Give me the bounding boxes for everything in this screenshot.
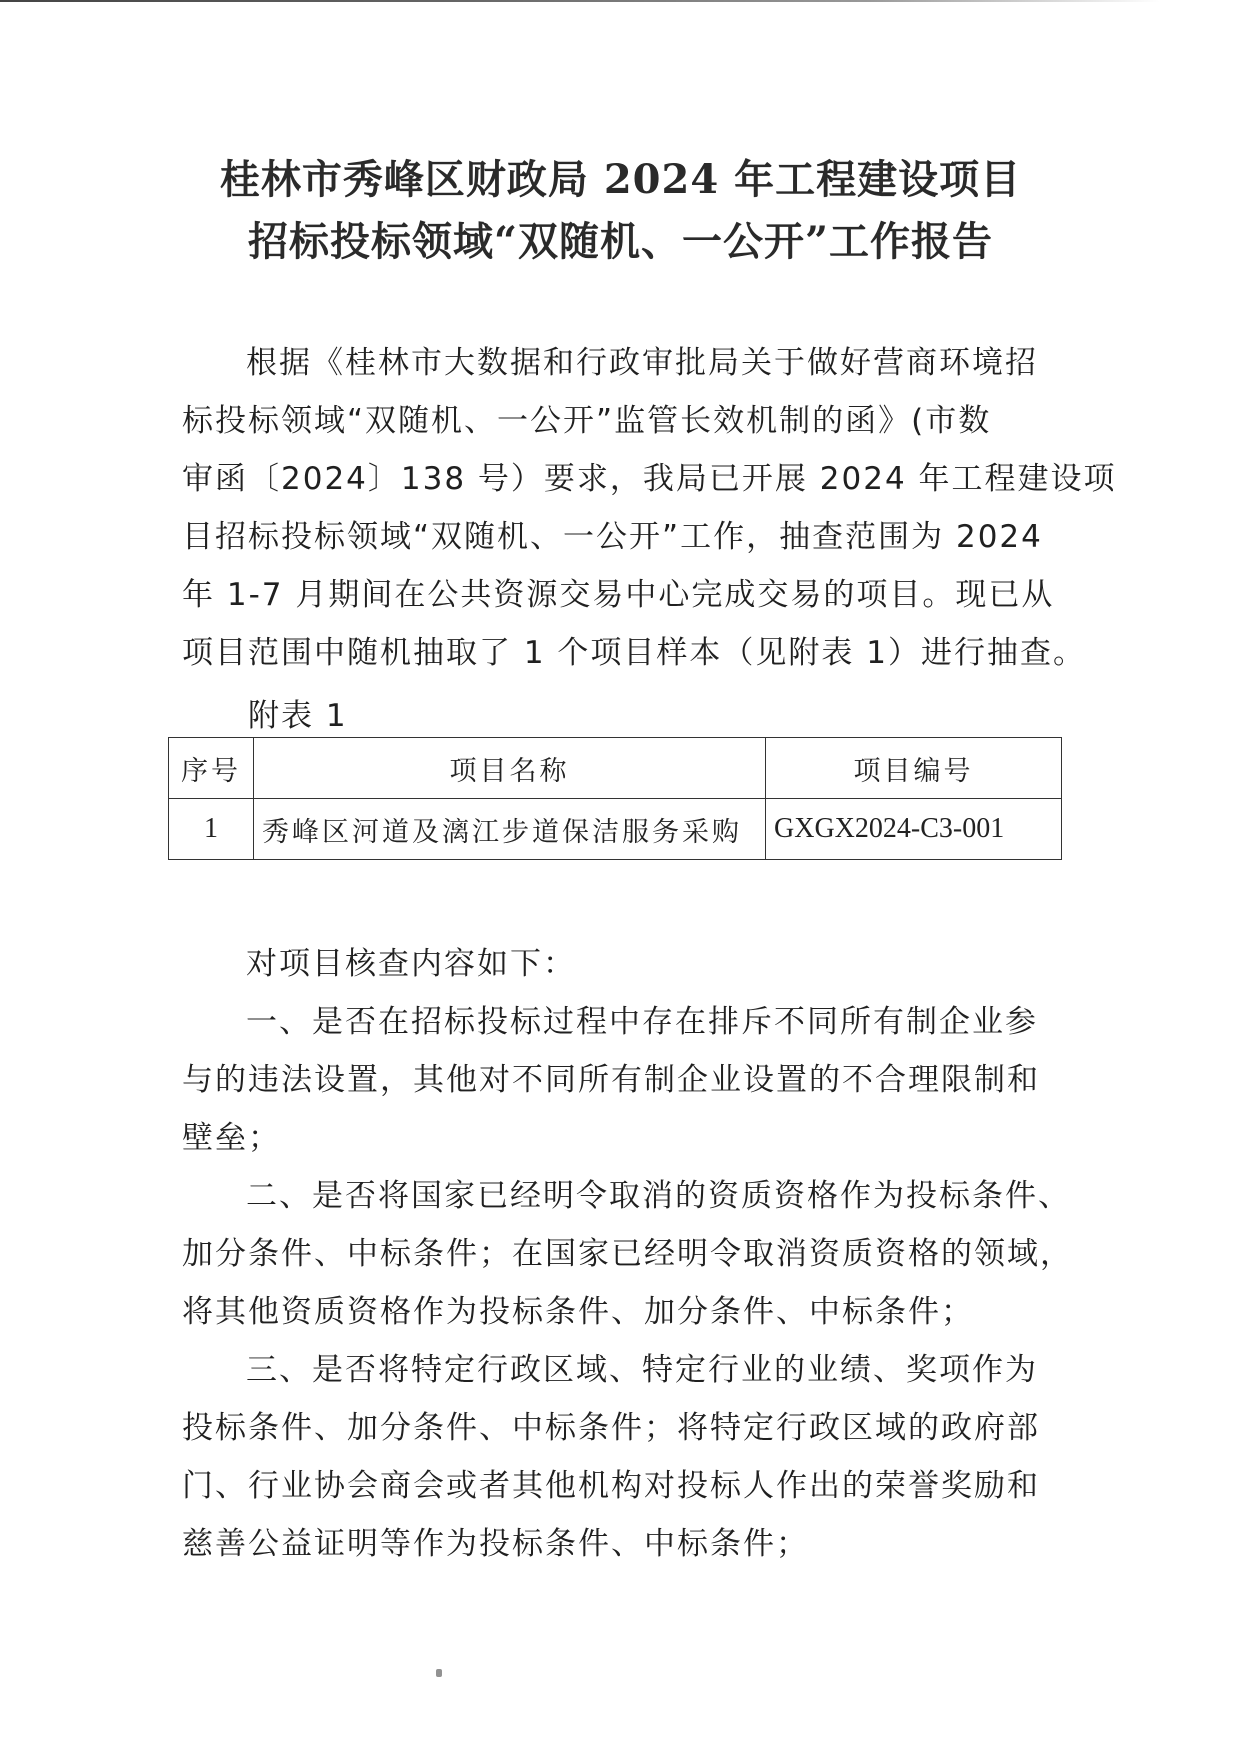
table-caption: 附表 1 [248, 690, 348, 735]
check-intro: 对项目核查内容如下： [182, 935, 1052, 993]
intro-line: 标投标领域“双随机、一公开”监管长效机制的函》(市数 [182, 392, 1052, 450]
project-sample-table: 序号 项目名称 项目编号 1 秀峰区河道及漓江步道保洁服务采购 GXGX2024… [168, 737, 1062, 860]
item-3-line: 门、行业协会商会或者其他机构对投标人作出的荣誉奖励和 [182, 1457, 1052, 1515]
item-1-line: 与的违法设置，其他对不同所有制企业设置的不合理限制和 [182, 1051, 1052, 1109]
cell-serial: 1 [169, 799, 254, 860]
scan-edge-line [0, 0, 1160, 2]
header-project-code: 项目编号 [766, 738, 1062, 799]
item-3-line: 慈善公益证明等作为投标条件、中标条件； [182, 1515, 1052, 1573]
document-title-line-2: 招标投标领域“双随机、一公开”工作报告 [0, 210, 1241, 267]
item-3-line: 投标条件、加分条件、中标条件；将特定行政区域的政府部 [182, 1399, 1052, 1457]
table-row: 1 秀峰区河道及漓江步道保洁服务采购 GXGX2024-C3-001 [169, 799, 1062, 860]
item-2-line: 将其他资质资格作为投标条件、加分条件、中标条件； [182, 1283, 1052, 1341]
scan-speck-mark [436, 1669, 442, 1677]
check-content-section: 对项目核查内容如下： 一、是否在招标投标过程中存在排斥不同所有制企业参 与的违法… [182, 935, 1052, 1573]
item-1-line: 壁垒； [182, 1109, 1052, 1167]
item-2-line: 加分条件、中标条件；在国家已经明令取消资质资格的领域， [182, 1225, 1052, 1283]
item-1-line: 一、是否在招标投标过程中存在排斥不同所有制企业参 [182, 993, 1052, 1051]
item-2-line: 二、是否将国家已经明令取消的资质资格作为投标条件、 [182, 1167, 1052, 1225]
header-project-name: 项目名称 [254, 738, 766, 799]
intro-line: 审函〔2024〕138 号）要求，我局已开展 2024 年工程建设项 [182, 450, 1052, 508]
item-3-line: 三、是否将特定行政区域、特定行业的业绩、奖项作为 [182, 1341, 1052, 1399]
header-serial: 序号 [169, 738, 254, 799]
intro-line: 项目范围中随机抽取了 1 个项目样本（见附表 1）进行抽查。 [182, 624, 1052, 682]
intro-line: 根据《桂林市大数据和行政审批局关于做好营商环境招 [182, 334, 1052, 392]
intro-line: 目招标投标领域“双随机、一公开”工作，抽查范围为 2024 [182, 508, 1052, 566]
intro-line: 年 1-7 月期间在公共资源交易中心完成交易的项目。现已从 [182, 566, 1052, 624]
cell-project-name: 秀峰区河道及漓江步道保洁服务采购 [254, 799, 766, 860]
document-title-line-1: 桂林市秀峰区财政局 2024 年工程建设项目 [0, 148, 1241, 205]
intro-paragraph: 根据《桂林市大数据和行政审批局关于做好营商环境招 标投标领域“双随机、一公开”监… [182, 334, 1052, 682]
table-header-row: 序号 项目名称 项目编号 [169, 738, 1062, 799]
cell-project-code: GXGX2024-C3-001 [766, 799, 1062, 860]
